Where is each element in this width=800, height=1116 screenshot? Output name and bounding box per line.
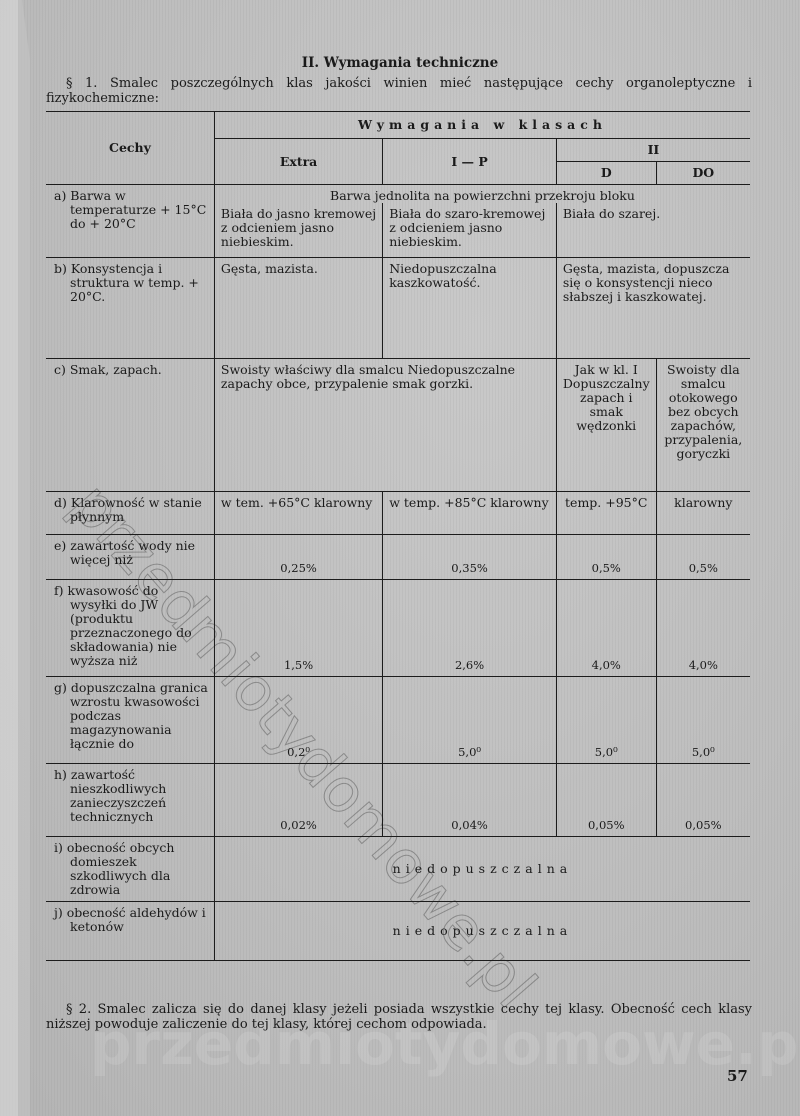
row-label-f: f) kwasowość do wysyłki do JW (produktu … — [46, 580, 214, 677]
row-a-ii: Biała do szarej. — [556, 203, 750, 258]
header-extra: Extra — [214, 139, 382, 185]
header-ii: II — [556, 139, 750, 162]
row-f-d: 4,0% — [556, 580, 656, 677]
row-g-extra: 0,2⁰ — [214, 677, 382, 764]
row-b-ip: Niedopuszczalna kaszkowatość. — [383, 258, 557, 359]
header-d: D — [556, 162, 656, 185]
row-g-ip: 5,0⁰ — [383, 677, 557, 764]
row-b-ii: Gęsta, mazista, dopuszcza się o konsyste… — [556, 258, 750, 359]
requirements-table: Cechy Wymagania w klasach Extra I — P II… — [46, 111, 750, 961]
row-c-extra-ip: Swoisty właściwy dla smalcu Niedopuszcza… — [214, 359, 556, 492]
row-label-b: b) Konsystencja i struktura w temp. + 20… — [46, 258, 214, 359]
row-g-d: 5,0⁰ — [556, 677, 656, 764]
page-number: 57 — [727, 1067, 748, 1085]
header-ip: I — P — [383, 139, 557, 185]
header-group: Wymagania w klasach — [214, 112, 750, 139]
row-e-d: 0,5% — [556, 535, 656, 580]
table-row-j: j) obecność aldehydów i ketonów niedopus… — [46, 902, 750, 961]
row-b-extra: Gęsta, mazista. — [214, 258, 382, 359]
table-row-h: h) zawartość nieszkodliwych zanieczyszcz… — [46, 764, 750, 837]
row-h-ip: 0,04% — [383, 764, 557, 837]
header-row-1: Cechy Wymagania w klasach — [46, 112, 750, 139]
torn-page-edge — [0, 0, 30, 1116]
row-d-do: klarowny — [656, 492, 750, 535]
row-label-i: i) obecność obcych domieszek szkodliwych… — [46, 837, 214, 902]
row-c-d: Jak w kl. I Dopuszczalny zapach i smak w… — [556, 359, 656, 492]
table-row-a: a) Barwa w temperaturze + 15°C do + 20°C… — [46, 185, 750, 204]
row-label-j: j) obecność aldehydów i ketonów — [46, 902, 214, 961]
row-label-g: g) dopuszczalna granica wzrostu kwasowoś… — [46, 677, 214, 764]
header-cechy: Cechy — [46, 112, 214, 185]
row-d-extra: w tem. +65°C klarowny — [214, 492, 382, 535]
intro-text: § 1. Smalec poszczególnych klas jakości … — [46, 76, 752, 106]
table-row-g: g) dopuszczalna granica wzrostu kwasowoś… — [46, 677, 750, 764]
table-row-c: c) Smak, zapach. Swoisty właściwy dla sm… — [46, 359, 750, 492]
row-a-common: Barwa jednolita na powierzchni przekroju… — [214, 185, 750, 204]
row-f-ip: 2,6% — [383, 580, 557, 677]
row-j-all: niedopuszczalna — [214, 902, 750, 961]
row-e-do: 0,5% — [656, 535, 750, 580]
row-d-ip: w temp. +85°C klarowny — [383, 492, 557, 535]
table-row-b: b) Konsystencja i struktura w temp. + 20… — [46, 258, 750, 359]
row-e-extra: 0,25% — [214, 535, 382, 580]
row-h-do: 0,05% — [656, 764, 750, 837]
row-i-all: niedopuszczalna — [214, 837, 750, 902]
table-row-f: f) kwasowość do wysyłki do JW (produktu … — [46, 580, 750, 677]
row-a-extra: Biała do jasno kremowej z odcieniem jasn… — [214, 203, 382, 258]
row-c-do: Swoisty dla smalcu otokowego bez obcych … — [656, 359, 750, 492]
table-row-i: i) obecność obcych domieszek szkodliwych… — [46, 837, 750, 902]
section-heading: II. Wymagania techniczne — [0, 55, 800, 71]
row-f-extra: 1,5% — [214, 580, 382, 677]
row-g-do: 5,0⁰ — [656, 677, 750, 764]
row-label-d: d) Klarowność w stanie płynnym — [46, 492, 214, 535]
row-h-extra: 0,02% — [214, 764, 382, 837]
row-label-e: e) zawartość wody nie więcej niż — [46, 535, 214, 580]
row-label-c: c) Smak, zapach. — [46, 359, 214, 492]
paragraph-2: § 2. Smalec zalicza się do danej klasy j… — [46, 1002, 752, 1032]
paragraph-2-text: § 2. Smalec zalicza się do danej klasy j… — [46, 1002, 752, 1032]
row-e-ip: 0,35% — [383, 535, 557, 580]
row-label-h: h) zawartość nieszkodliwych zanieczyszcz… — [46, 764, 214, 837]
row-d-d: temp. +95°C — [556, 492, 656, 535]
row-a-ip: Biała do szaro-kremowej z odcieniem jasn… — [383, 203, 557, 258]
row-f-do: 4,0% — [656, 580, 750, 677]
row-h-d: 0,05% — [556, 764, 656, 837]
table-row-e: e) zawartość wody nie więcej niż 0,25% 0… — [46, 535, 750, 580]
header-do: DO — [656, 162, 750, 185]
intro-paragraph: § 1. Smalec poszczególnych klas jakości … — [46, 76, 752, 106]
row-label-a: a) Barwa w temperaturze + 15°C do + 20°C — [46, 185, 214, 258]
table-row-d: d) Klarowność w stanie płynnym w tem. +6… — [46, 492, 750, 535]
document-page: przedmiotydomowe.pl przedmiotydomowe.pl … — [0, 0, 800, 1116]
